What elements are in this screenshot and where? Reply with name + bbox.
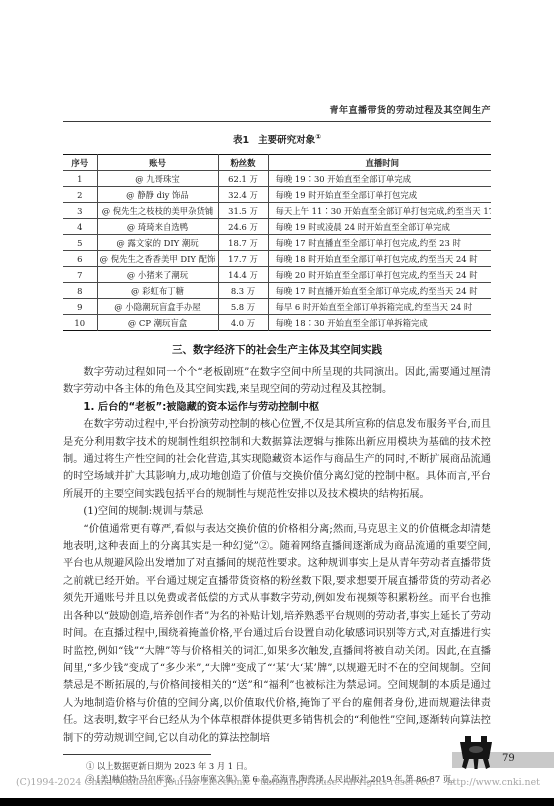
subsection-heading-2: (1)空间的规制:规训与禁忌 bbox=[63, 503, 491, 520]
cell-fans: 24.6 万 bbox=[218, 219, 268, 235]
running-head: 青年直播带货的劳动过程及其空间生产 bbox=[63, 103, 491, 116]
cell-account: @ 露文家的 DIY 潮玩 bbox=[97, 235, 218, 251]
col-header-fans: 粉丝数 bbox=[218, 155, 268, 171]
cell-account: @ 琦琦来自选鸭 bbox=[97, 219, 218, 235]
table-row: 4@ 琦琦来自选鸭24.6 万每晚 19 时或凌晨 24 时开始直至全部订单完成 bbox=[63, 219, 491, 235]
cell-fans: 17.7 万 bbox=[218, 251, 268, 267]
table-row: 8@ 彩虹布丁糖8.3 万每晚 17 时直播开始直至全部订单完成,约至当天 24… bbox=[63, 283, 491, 299]
cell-index: 2 bbox=[63, 187, 97, 203]
cell-live-time: 每晚 18 时开始直至全部订单打包完成,约至当天 24 时 bbox=[268, 251, 491, 267]
cell-account: @ 倪先生之香香美甲 DIY 配饰 bbox=[97, 251, 218, 267]
cell-live-time: 每晚 19 时开始直至全部订单打包完成 bbox=[268, 187, 491, 203]
cell-index: 5 bbox=[63, 235, 97, 251]
cell-account: @ 九哥珠宝 bbox=[97, 171, 218, 187]
page-bottom-edge bbox=[0, 798, 554, 806]
cell-fans: 8.3 万 bbox=[218, 283, 268, 299]
cell-index: 10 bbox=[63, 315, 97, 331]
cell-index: 6 bbox=[63, 251, 97, 267]
cell-fans: 5.8 万 bbox=[218, 299, 268, 315]
cell-account: @ 倪先生之枝枝的美甲杂货铺 bbox=[97, 203, 218, 219]
cell-index: 8 bbox=[63, 283, 97, 299]
table-caption-title: 主要研究对象 bbox=[258, 135, 315, 146]
col-header-account: 账号 bbox=[97, 155, 218, 171]
journal-page: 青年直播带货的劳动过程及其空间生产 表1主要研究对象① 序号 账号 粉丝数 直播… bbox=[0, 0, 554, 806]
research-subjects-table: 序号 账号 粉丝数 直播时间 1@ 九哥珠宝62.1 万每晚 19∶30 开始直… bbox=[63, 154, 491, 331]
cell-account: @ 小猪来了潮玩 bbox=[97, 267, 218, 283]
page-content: 青年直播带货的劳动过程及其空间生产 表1主要研究对象① 序号 账号 粉丝数 直播… bbox=[63, 0, 491, 786]
table-header-row: 序号 账号 粉丝数 直播时间 bbox=[63, 155, 491, 171]
cell-account: @ 静静 diy 饰品 bbox=[97, 187, 218, 203]
cell-live-time: 每晚 20 时开始直至全部订单打包完成,约至当天 24 时 bbox=[268, 267, 491, 283]
table-row: 9@ 小隐潮玩盲盒手办屋5.8 万每早 6 时开始直至全部订单拆箱完成,约至当天… bbox=[63, 299, 491, 315]
subsection-heading-1: 1. 后台的“老板”:被隐藏的资本运作与劳动控制中枢 bbox=[63, 399, 491, 416]
cell-live-time: 每晚 17 时直播直至全部订单打包完成,约至 23 时 bbox=[268, 235, 491, 251]
cell-index: 3 bbox=[63, 203, 97, 219]
table-caption-label: 表1 bbox=[233, 135, 249, 146]
cell-fans: 31.5 万 bbox=[218, 203, 268, 219]
col-header-index: 序号 bbox=[63, 155, 97, 171]
table-caption: 表1主要研究对象① bbox=[63, 132, 491, 146]
cell-live-time: 每晚 19 时或凌晨 24 时开始直至全部订单完成 bbox=[268, 219, 491, 235]
cell-fans: 14.4 万 bbox=[218, 267, 268, 283]
cell-fans: 32.4 万 bbox=[218, 187, 268, 203]
cell-live-time: 每晚 17 时直播开始直至全部订单完成,约至当天 24 时 bbox=[268, 283, 491, 299]
cell-live-time: 每天上午 11∶30 开始直至全部订单打包完成,约至当天 17 时 bbox=[268, 203, 491, 219]
table-row: 2@ 静静 diy 饰品32.4 万每晚 19 时开始直至全部订单打包完成 bbox=[63, 187, 491, 203]
cell-fans: 62.1 万 bbox=[218, 171, 268, 187]
header-divider bbox=[63, 121, 491, 122]
cell-fans: 4.0 万 bbox=[218, 315, 268, 331]
cell-live-time: 每晚 19∶30 开始直至全部订单完成 bbox=[268, 171, 491, 187]
cell-index: 4 bbox=[63, 219, 97, 235]
table-row: 6@ 倪先生之香香美甲 DIY 配饰17.7 万每晚 18 时开始直至全部订单打… bbox=[63, 251, 491, 267]
copyright-notice: (C)1994-2024 China Academic Journal Elec… bbox=[16, 777, 546, 788]
cell-account: @ 小隐潮玩盲盒手办屋 bbox=[97, 299, 218, 315]
col-header-live-time: 直播时间 bbox=[268, 155, 491, 171]
cell-fans: 18.7 万 bbox=[218, 235, 268, 251]
table-row: 1@ 九哥珠宝62.1 万每晚 19∶30 开始直至全部订单完成 bbox=[63, 171, 491, 187]
cell-index: 9 bbox=[63, 299, 97, 315]
paragraph-regulation: “价值通常更有尊严,看似与表达交换价值的价格相分离;然而,马克思主义的价值概念却… bbox=[63, 521, 491, 747]
page-number: 79 bbox=[502, 753, 515, 764]
cnki-ding-logo-icon bbox=[456, 736, 496, 770]
paragraph-platform: 在数字劳动过程中,平台扮演劳动控制的核心位置,不仅是其所宣称的信息发布服务平台,… bbox=[63, 416, 491, 503]
footnote-1: ① 以上数据更新日期为 2023 年 3 月 1 日。 bbox=[63, 760, 491, 773]
section-heading: 三、数字经济下的社会生产主体及其空间实践 bbox=[63, 342, 491, 357]
table-row: 10@ CP 潮玩盲盒4.0 万每晚 18∶30 开始直至全部订单拆箱完成 bbox=[63, 315, 491, 331]
table-row: 5@ 露文家的 DIY 潮玩18.7 万每晚 17 时直播直至全部订单打包完成,… bbox=[63, 235, 491, 251]
table-row: 3@ 倪先生之枝枝的美甲杂货铺31.5 万每天上午 11∶30 开始直至全部订单… bbox=[63, 203, 491, 219]
cell-index: 7 bbox=[63, 267, 97, 283]
footnote-divider bbox=[63, 754, 211, 755]
cell-account: @ CP 潮玩盲盒 bbox=[97, 315, 218, 331]
table-row: 7@ 小猪来了潮玩14.4 万每晚 20 时开始直至全部订单打包完成,约至当天 … bbox=[63, 267, 491, 283]
cell-index: 1 bbox=[63, 171, 97, 187]
table-caption-note-ref: ① bbox=[315, 133, 321, 141]
cell-account: @ 彩虹布丁糖 bbox=[97, 283, 218, 299]
paragraph-intro: 数字劳动过程如同一个个“老板剧班”在数字空间中所呈现的共同演出。因此,需要通过厘… bbox=[63, 364, 491, 399]
cell-live-time: 每早 6 时开始直至全部订单拆箱完成,约至当天 24 时 bbox=[268, 299, 491, 315]
cell-live-time: 每晚 18∶30 开始直至全部订单拆箱完成 bbox=[268, 315, 491, 331]
